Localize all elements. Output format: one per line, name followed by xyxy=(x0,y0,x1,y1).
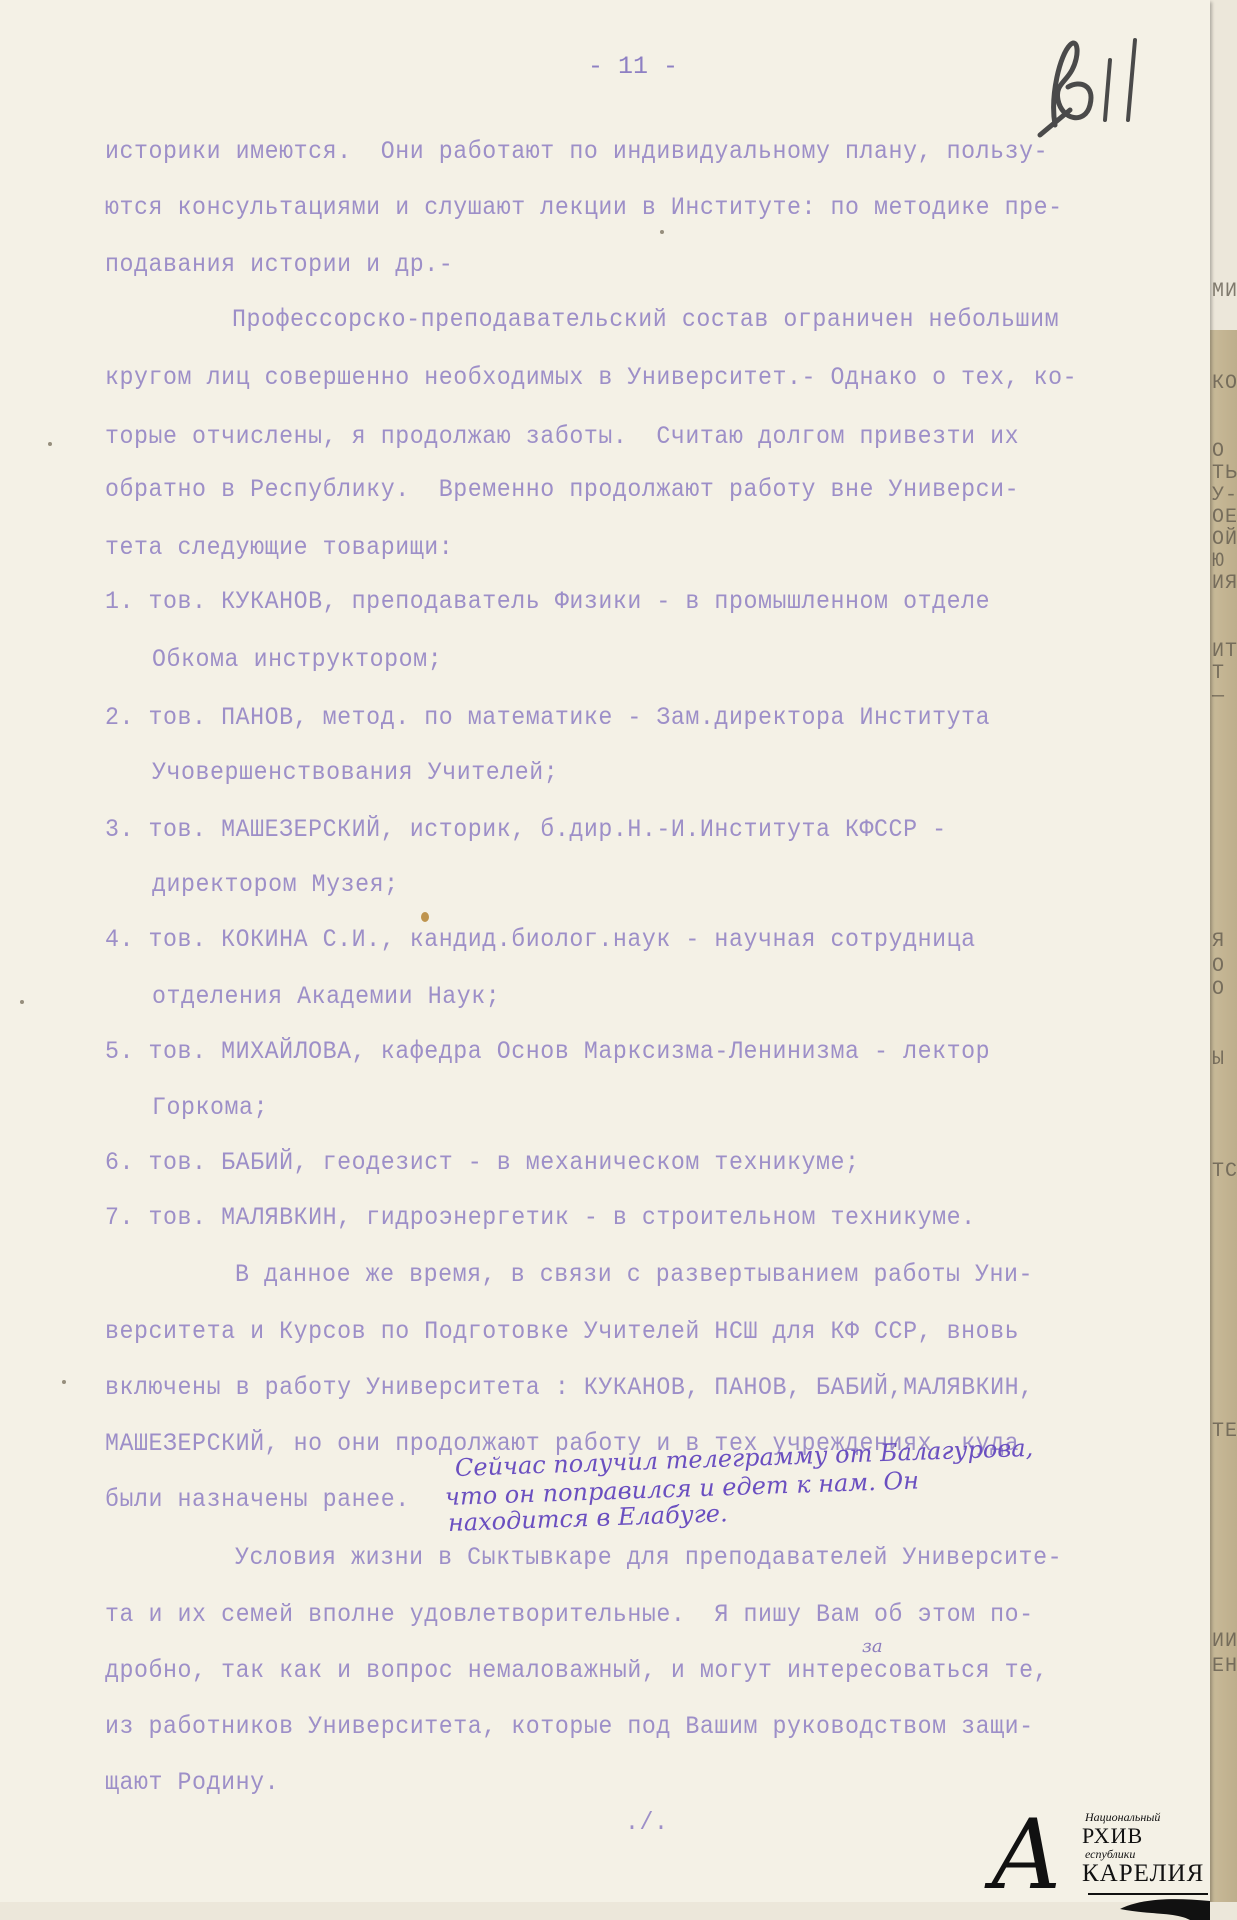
quill-icon xyxy=(1120,1897,1210,1920)
back-sheet-fragment: Ю xyxy=(1212,550,1225,573)
text-line: обратно в Республику. Временно продолжаю… xyxy=(105,475,1019,505)
text-line: из работников Университета, которые под … xyxy=(105,1712,1034,1742)
text-line: дробно, так как и вопрос немаловажный, и… xyxy=(105,1656,1048,1686)
paper-stain xyxy=(421,912,429,922)
text-line: историки имеются. Они работают по индиви… xyxy=(105,137,1048,167)
list-item-3-cont: директором Музея; xyxy=(152,870,399,900)
back-sheet-fragment: Ы xyxy=(1212,1048,1225,1071)
back-sheet-fragment: Я xyxy=(1212,930,1225,953)
back-sheet-fragment: Т— xyxy=(1212,662,1237,708)
text-line: щают Родину. xyxy=(105,1768,279,1798)
text-line: подавания истории и др.- xyxy=(105,250,453,280)
text-line: тета следующие товарищи: xyxy=(105,533,453,563)
text-line: верситета и Курсов по Подготовке Учителе… xyxy=(105,1317,1019,1347)
back-sheet-fragment: ТЬ xyxy=(1212,462,1237,485)
list-item-1-cont: Обкома инструктором; xyxy=(152,645,442,675)
back-sheet-fragment: ОЕ xyxy=(1212,506,1237,529)
back-sheet-fragment: ОЙ xyxy=(1212,528,1237,551)
list-item-5-cont: Горкома; xyxy=(152,1093,268,1123)
back-sheet-fragment: МИ xyxy=(1212,280,1237,303)
paper-speck xyxy=(20,1000,24,1004)
list-item-3: 3. тов. МАШЕЗЕРСКИЙ, историк, б.дир.Н.-И… xyxy=(105,815,947,845)
text-line: кругом лиц совершенно необходимых в Унив… xyxy=(105,363,1077,393)
back-sheet-fragment: КО- xyxy=(1212,372,1237,395)
back-sheet-fragment: ЕН xyxy=(1212,1655,1237,1678)
page-number: - 11 - xyxy=(588,52,678,81)
list-item-4-cont: отделения Академии Наук; xyxy=(152,982,500,1012)
handwritten-insert: за xyxy=(862,1636,883,1657)
back-sheet-fragment: ИИ xyxy=(1212,1630,1237,1653)
logo-text-karelia: КАРЕЛИЯ xyxy=(1082,1860,1204,1888)
list-item-2-cont: Учовершенствования Учителей; xyxy=(152,758,558,788)
back-sheet-fragment: ИЯ xyxy=(1212,572,1237,595)
back-sheet-fragment: ТС xyxy=(1212,1160,1237,1183)
paper-speck xyxy=(660,230,664,234)
list-item-6: 6. тов. БАБИЙ, геодезист - в механическо… xyxy=(105,1148,860,1178)
list-item-2: 2. тов. ПАНОВ, метод. по математике - За… xyxy=(105,703,990,733)
paper-speck xyxy=(48,442,52,446)
text-line: Профессорско-преподавательский состав ог… xyxy=(232,305,1059,335)
paper-speck xyxy=(62,1380,66,1384)
text-line: Условия жизни в Сыктывкаре для преподава… xyxy=(235,1543,1062,1573)
text-line: В данное же время, в связи с развертыван… xyxy=(235,1260,1033,1290)
text-line: были назначены ранее. xyxy=(105,1485,410,1515)
text-line: торые отчислены, я продолжаю заботы. Счи… xyxy=(105,422,1019,452)
back-sheet-fragment: ТЕ xyxy=(1212,1420,1237,1443)
end-mark: ./. xyxy=(625,1808,669,1838)
back-sheet-fragment: У- xyxy=(1212,484,1237,507)
back-sheet-fragment: О xyxy=(1212,955,1225,978)
text-line: та и их семей вполне удовлетворительные.… xyxy=(105,1600,1034,1630)
document-page: - 11 - 611 историки имеются. Они работаю… xyxy=(0,0,1210,1904)
back-sheet-fragment: ИТ xyxy=(1212,640,1237,663)
text-line: включены в работу Университета : КУКАНОВ… xyxy=(105,1373,1034,1403)
list-item-7: 7. тов. МАЛЯВКИН, гидроэнергетик - в стр… xyxy=(105,1203,976,1233)
logo-text-archive: РХИВ xyxy=(1082,1823,1143,1849)
back-sheet-fragment: О xyxy=(1212,440,1225,463)
back-sheet-fragment: О xyxy=(1212,978,1225,1001)
list-item-4: 4. тов. КОКИНА С.И., кандид.биолог.наук … xyxy=(105,925,976,955)
list-item-1: 1. тов. КУКАНОВ, преподаватель Физики - … xyxy=(105,587,990,617)
list-item-5: 5. тов. МИХАЙЛОВА, кафедра Основ Марксиз… xyxy=(105,1037,990,1067)
text-line: ются консультациями и слушают лекции в И… xyxy=(105,193,1063,223)
archive-sheet-number: 611 xyxy=(1010,25,1170,145)
logo-monogram: А xyxy=(990,1805,1063,1905)
logo-rule xyxy=(1088,1893,1208,1895)
archive-logo: А Национальный РХИВ еспублики КАРЕЛИЯ xyxy=(990,1805,1210,1920)
